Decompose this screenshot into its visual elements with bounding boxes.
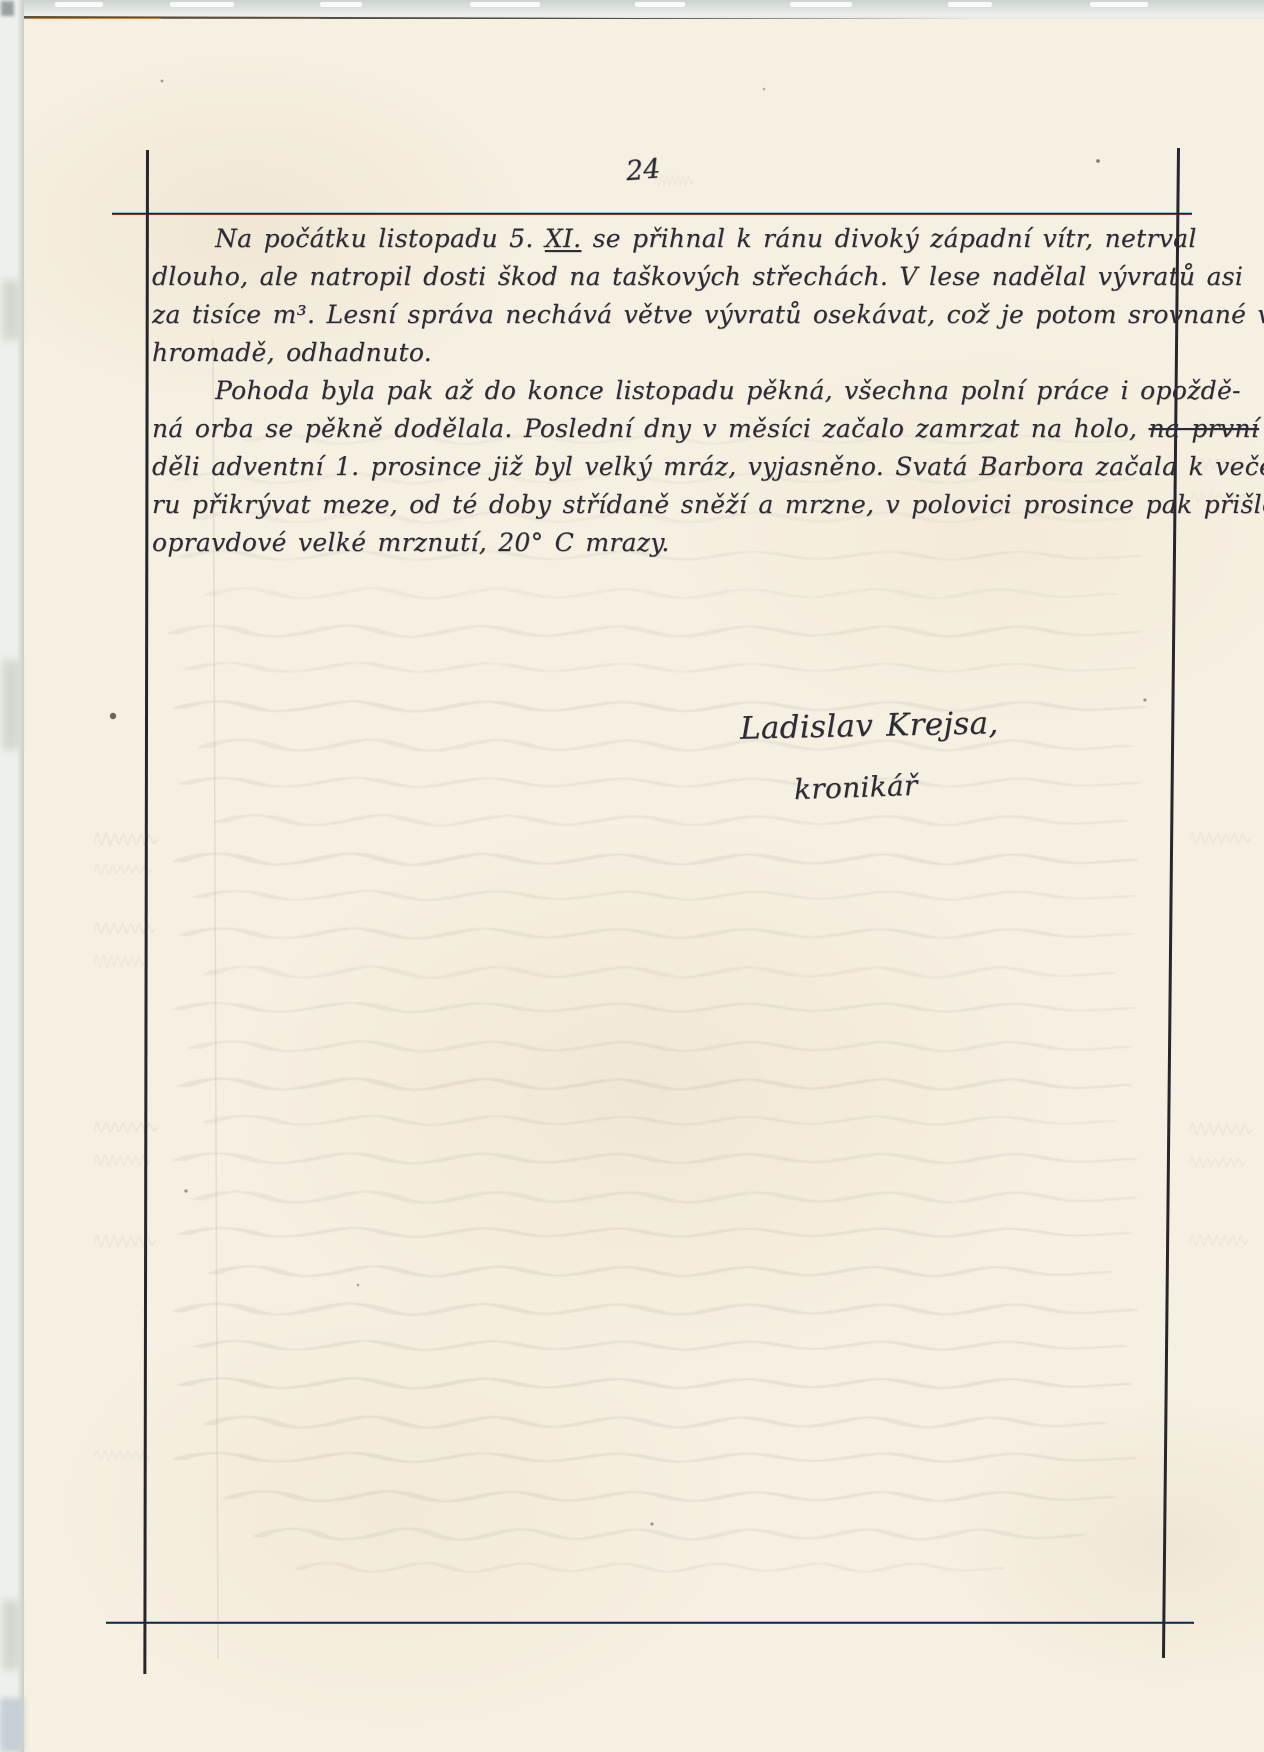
top-rule — [112, 212, 1192, 215]
line-text: ná orba se pěkně dodělala. Poslední dny … — [152, 414, 1148, 443]
entry-line: za tisíce m³. Lesní správa nechává větve… — [152, 300, 1264, 329]
scanner-left-strip — [0, 0, 24, 1752]
ink-specks — [110, 80, 1147, 1526]
page-number: 24 — [625, 154, 661, 187]
signature-name: Ladislav Krejsa, — [740, 705, 999, 746]
entry-line: opravdové velké mrznutí, 20° C mrazy. — [152, 528, 670, 557]
entry-line: děli adventní 1. prosince již byl velký … — [152, 452, 1264, 481]
scanned-chronicle-page: 24 Na počátku listopadu 5. XI. se přihna… — [0, 0, 1264, 1752]
signature-role: kronikář — [793, 769, 918, 806]
entry-line: hromadě, odhadnuto. — [152, 338, 432, 367]
paper: 24 Na počátku listopadu 5. XI. se přihna… — [22, 19, 1264, 1752]
line-text: ne- — [1259, 414, 1264, 443]
entry-line: dlouho, ale natropil dosti škod na taško… — [152, 262, 1243, 291]
roman-numeral-date: XI. — [545, 224, 582, 253]
entry-line: Na počátku listopadu 5. XI. se přihnal k… — [215, 224, 1197, 253]
struck-words: na první — [1148, 414, 1259, 443]
line-text: se přihnal k ránu divoký západní vítr, n… — [581, 224, 1196, 253]
entry-line: ná orba se pěkně dodělala. Poslední dny … — [152, 414, 1264, 443]
entry-line: Pohoda byla pak až do konce listopadu pě… — [215, 376, 1241, 405]
scan-corner-mark — [1, 1, 14, 16]
bottom-rule — [106, 1621, 1194, 1624]
scan-bottom-corner — [0, 1698, 24, 1752]
left-margin-line — [143, 150, 148, 1674]
right-margin-line — [1162, 148, 1180, 1658]
entry-line: ru přikrývat meze, od té doby střídaně s… — [152, 490, 1264, 519]
line-text: Na počátku listopadu 5. — [215, 224, 545, 253]
